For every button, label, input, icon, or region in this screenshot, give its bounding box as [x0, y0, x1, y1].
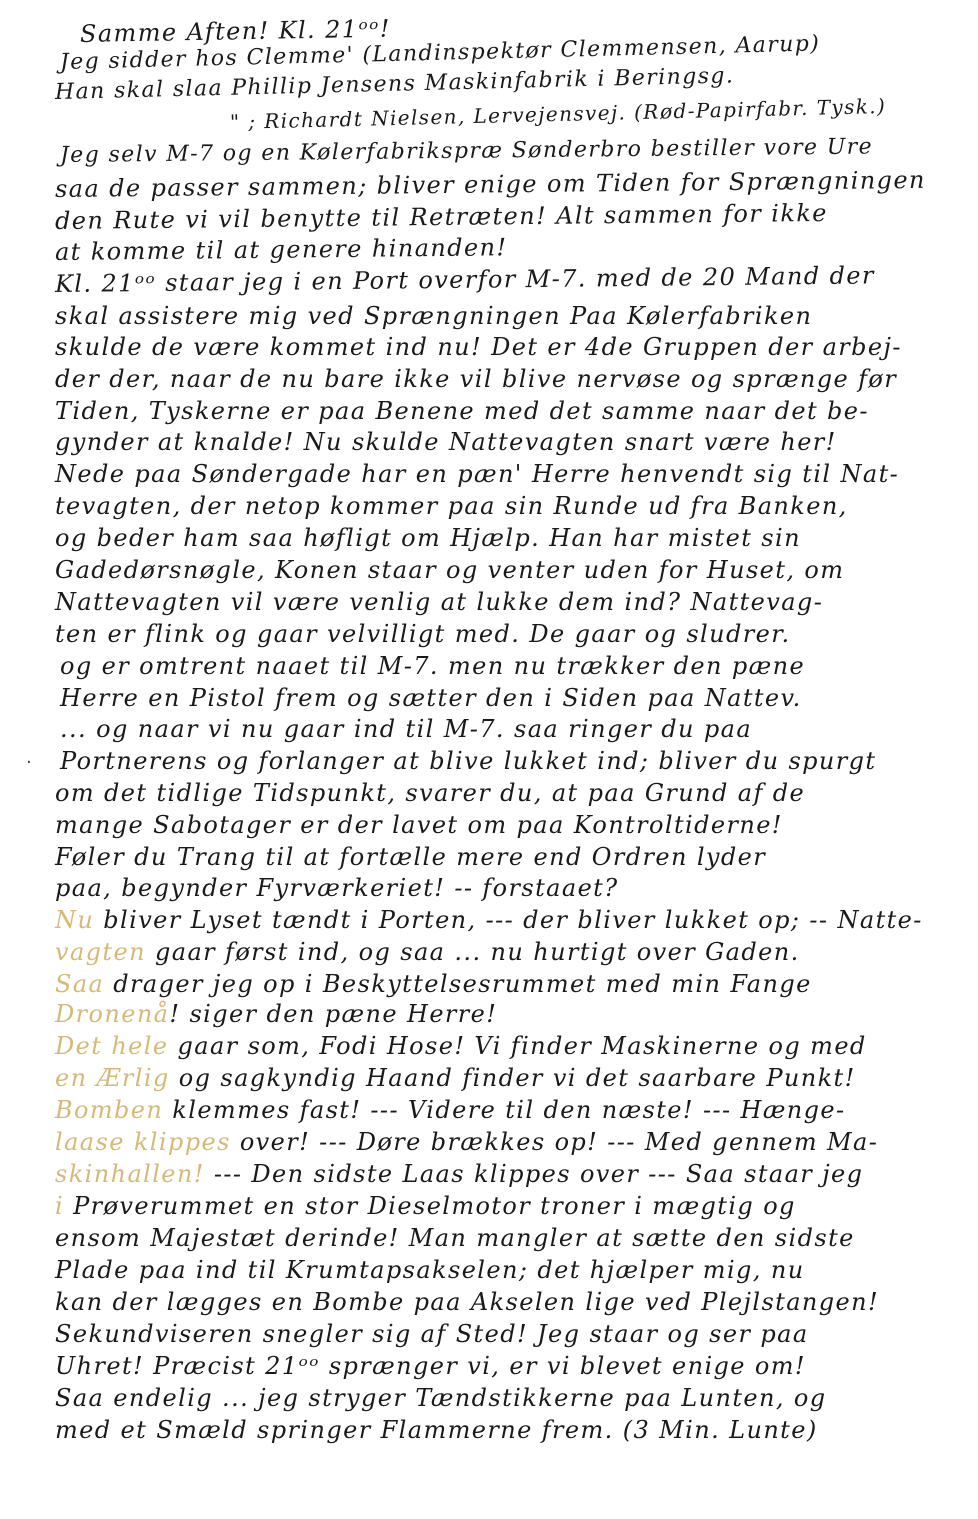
line-text: gaar som, Fodi Hose! Vi finder Maskinern…: [168, 1032, 866, 1060]
document-line: kan der lægges en Bombe paa Akselen lige…: [55, 1288, 879, 1316]
handwritten-document-page: Samme Aften! Kl. 21ᵒᵒ!Jeg sidder hos Cle…: [0, 0, 978, 1519]
document-line: Saa endelig ... jeg stryger Tændstikkern…: [55, 1384, 827, 1412]
line-text: drager jeg op i Beskyttelsesrummet med m…: [104, 970, 811, 998]
line-text: Uhret! Præcist 21ᵒᵒ sprænger vi, er vi b…: [55, 1352, 806, 1380]
line-text: og beder ham saa høfligt om Hjælp. Han h…: [55, 524, 801, 552]
line-text: Tiden, Tyskerne er paa Benene med det sa…: [55, 397, 869, 425]
line-text: gaar først ind, og saa ... nu hurtigt ov…: [146, 938, 800, 966]
line-text: klemmes fast! --- Videre til den næste! …: [163, 1096, 845, 1124]
document-line: vagten gaar først ind, og saa ... nu hur…: [55, 938, 800, 966]
document-line: Dronenå! siger den pæne Herre!: [55, 1000, 497, 1028]
document-line: gynder at knalde! Nu skulde Nattevagten …: [55, 428, 837, 456]
line-text: Sekundviseren snegler sig af Sted! Jeg s…: [55, 1320, 809, 1348]
document-line: ... og naar vi nu gaar ind til M-7. saa …: [60, 715, 752, 743]
line-faded-lead: Saa: [55, 970, 104, 998]
line-faded-lead: Dronenå: [55, 1000, 169, 1028]
line-text: ensom Majestæt derinde! Man mangler at s…: [55, 1224, 855, 1252]
document-line: Det hele gaar som, Fodi Hose! Vi finder …: [55, 1032, 867, 1060]
line-faded-lead: Bomben: [55, 1096, 163, 1124]
line-text: " ; Richardt Nielsen, Lervejensvej. (Rød…: [230, 94, 887, 134]
document-line: Saa drager jeg op i Beskyttelsesrummet m…: [55, 970, 812, 998]
document-line: Nede paa Søndergade har en pæn' Herre he…: [55, 460, 899, 488]
document-line: den Rute vi vil benytte til Retræten! Al…: [55, 199, 828, 235]
document-line: Plade paa ind til Krumtapsakselen; det h…: [55, 1256, 805, 1284]
document-line: laase klippes over! --- Døre brækkes op!…: [55, 1128, 878, 1156]
document-line: om det tidlige Tidspunkt, svarer du, at …: [55, 779, 805, 807]
line-text: ! siger den pæne Herre!: [169, 1000, 497, 1028]
line-text: Kl. 21ᵒᵒ staar jeg i en Port overfor M-7…: [55, 261, 875, 298]
line-faded-lead: vagten: [55, 938, 146, 966]
line-faded-lead: skinhallen!: [55, 1160, 205, 1188]
line-faded-lead: Nu: [55, 906, 94, 934]
document-line: ten er flink og gaar velvilligt med. De …: [55, 620, 791, 648]
line-text: og sagkyndig Haand finder vi det saarbar…: [170, 1064, 856, 1092]
document-line: saa de passer sammen; bliver enige om Ti…: [55, 166, 926, 203]
document-line: og beder ham saa høfligt om Hjælp. Han h…: [55, 524, 801, 552]
line-faded-lead: laase klippes: [55, 1128, 231, 1156]
line-text: bliver Lyset tændt i Porten, --- der bli…: [94, 906, 923, 934]
document-line: Tiden, Tyskerne er paa Benene med det sa…: [55, 397, 869, 425]
line-text: Herre en Pistol frem og sætter den i Sid…: [60, 684, 802, 712]
line-text: den Rute vi vil benytte til Retræten! Al…: [55, 199, 828, 235]
document-line: i Prøverummet en stor Dieselmotor troner…: [55, 1192, 796, 1220]
document-line: med et Smæld springer Flammerne frem. (3…: [55, 1416, 818, 1444]
document-line: tevagten, der netop kommer paa sin Runde…: [55, 492, 848, 520]
line-text: Føler du Trang til at fortælle mere end …: [55, 843, 766, 871]
line-text: tevagten, der netop kommer paa sin Runde…: [55, 492, 848, 520]
document-line: Kl. 21ᵒᵒ staar jeg i en Port overfor M-7…: [55, 261, 875, 298]
document-line: Nu bliver Lyset tændt i Porten, --- der …: [55, 906, 923, 934]
document-line: at komme til at genere hinanden!: [55, 233, 508, 266]
document-line: Gadedørsnøgle, Konen staar og venter ude…: [55, 556, 844, 584]
line-faded-lead: i: [55, 1192, 64, 1220]
line-text: paa, begynder Fyrværkeriet! -- forstaaet…: [55, 874, 619, 902]
document-line: ensom Majestæt derinde! Man mangler at s…: [55, 1224, 855, 1252]
line-faded-lead: en Ærlig: [55, 1064, 170, 1092]
line-text: Nattevagten vil være venlig at lukke dem…: [55, 588, 823, 616]
document-line: Sekundviseren snegler sig af Sted! Jeg s…: [55, 1320, 809, 1348]
document-line: Jeg selv M-7 og en Kølerfabrikspræ Sønde…: [60, 134, 873, 168]
document-line: paa, begynder Fyrværkeriet! -- forstaaet…: [55, 874, 619, 902]
document-line: skal assistere mig ved Sprængningen Paa …: [55, 302, 812, 330]
line-text: ten er flink og gaar velvilligt med. De …: [55, 620, 791, 648]
line-text: med et Smæld springer Flammerne frem. (3…: [55, 1416, 818, 1444]
document-line: " ; Richardt Nielsen, Lervejensvej. (Rød…: [230, 94, 887, 134]
line-faded-lead: Det hele: [55, 1032, 168, 1060]
margin-dot: ·: [26, 752, 32, 773]
line-text: skulde de være kommet ind nu! Det er 4de…: [55, 333, 902, 361]
document-line: Føler du Trang til at fortælle mere end …: [55, 843, 766, 871]
line-text: og er omtrent naaet til M-7. men nu træk…: [60, 652, 805, 680]
line-text: at komme til at genere hinanden!: [55, 233, 508, 266]
line-text: om det tidlige Tidspunkt, svarer du, at …: [55, 779, 805, 807]
document-line: skulde de være kommet ind nu! Det er 4de…: [55, 333, 902, 361]
line-text: mange Sabotager er der lavet om paa Kont…: [55, 811, 783, 839]
document-line: Uhret! Præcist 21ᵒᵒ sprænger vi, er vi b…: [55, 1352, 806, 1380]
document-line: Bomben klemmes fast! --- Videre til den …: [55, 1096, 846, 1124]
line-text: Plade paa ind til Krumtapsakselen; det h…: [55, 1256, 805, 1284]
line-text: Jeg selv M-7 og en Kølerfabrikspræ Sønde…: [60, 134, 873, 168]
document-line: og er omtrent naaet til M-7. men nu træk…: [60, 652, 805, 680]
line-text: Portnerens og forlanger at blive lukket …: [60, 747, 876, 775]
line-text: Saa endelig ... jeg stryger Tændstikkern…: [55, 1384, 827, 1412]
line-text: skal assistere mig ved Sprængningen Paa …: [55, 302, 812, 330]
document-line: mange Sabotager er der lavet om paa Kont…: [55, 811, 783, 839]
document-line: en Ærlig og sagkyndig Haand finder vi de…: [55, 1064, 856, 1092]
line-text: Nede paa Søndergade har en pæn' Herre he…: [55, 460, 899, 488]
line-text: ... og naar vi nu gaar ind til M-7. saa …: [60, 715, 752, 743]
line-text: over! --- Døre brækkes op! --- Med genne…: [231, 1128, 878, 1156]
line-text: der der, naar de nu bare ikke vil blive …: [55, 365, 897, 393]
line-text: saa de passer sammen; bliver enige om Ti…: [55, 166, 926, 203]
line-text: gynder at knalde! Nu skulde Nattevagten …: [55, 428, 837, 456]
line-text: Gadedørsnøgle, Konen staar og venter ude…: [55, 556, 844, 584]
document-line: skinhallen! --- Den sidste Laas klippes …: [55, 1160, 863, 1188]
document-line: Portnerens og forlanger at blive lukket …: [60, 747, 876, 775]
document-line: Nattevagten vil være venlig at lukke dem…: [55, 588, 823, 616]
line-text: kan der lægges en Bombe paa Akselen lige…: [55, 1288, 879, 1316]
line-text: Prøverummet en stor Dieselmotor troner i…: [64, 1192, 796, 1220]
line-text: --- Den sidste Laas klippes over --- Saa…: [205, 1160, 864, 1188]
document-line: Herre en Pistol frem og sætter den i Sid…: [60, 684, 802, 712]
document-line: der der, naar de nu bare ikke vil blive …: [55, 365, 897, 393]
